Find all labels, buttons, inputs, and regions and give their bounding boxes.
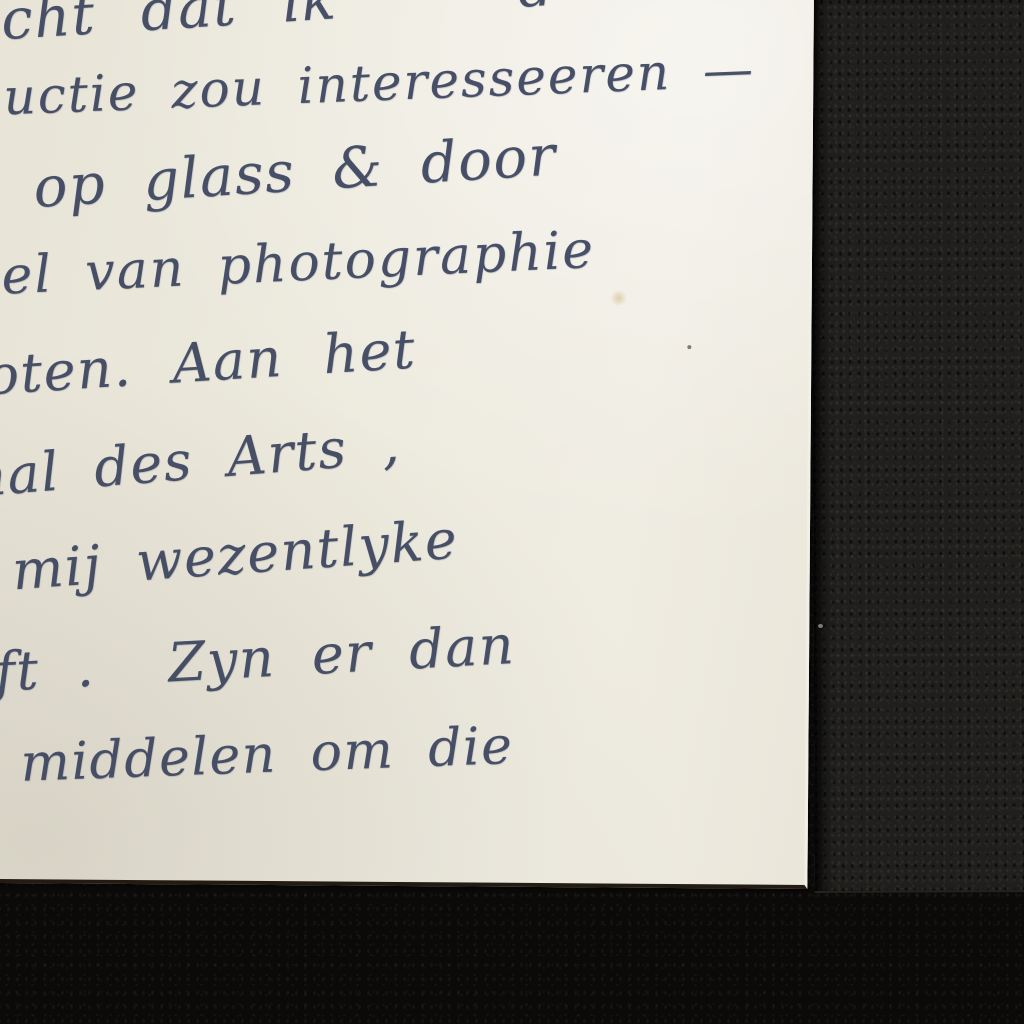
handwriting-line: del van photographie bbox=[0, 220, 596, 308]
paper-stain bbox=[610, 291, 628, 306]
handwriting-line: eft . Zyn er dan bbox=[0, 613, 517, 706]
handwriting-layer: acht dat ik d ductie zou interesseeren —… bbox=[0, 0, 811, 885]
handwriting-line: o op glass & door bbox=[0, 123, 559, 225]
letter-paper: acht dat ik d ductie zou interesseeren —… bbox=[0, 0, 814, 889]
mat-speck bbox=[818, 624, 823, 628]
handwriting-line: t mij wezentlyke bbox=[0, 508, 460, 607]
handwriting-line: , middelen om die bbox=[0, 716, 514, 796]
paper-speck bbox=[687, 345, 691, 349]
letter-photograph: acht dat ik d ductie zou interesseeren —… bbox=[0, 0, 1024, 1024]
handwriting-line: nal des Arts , bbox=[0, 412, 403, 509]
black-felt-mat-right bbox=[811, 0, 1024, 891]
handwriting-line: loten. Aan het bbox=[0, 317, 418, 408]
handwriting-line: ductie zou interesseeren — bbox=[0, 40, 756, 128]
handwriting-line: acht dat ik d bbox=[0, 0, 557, 55]
